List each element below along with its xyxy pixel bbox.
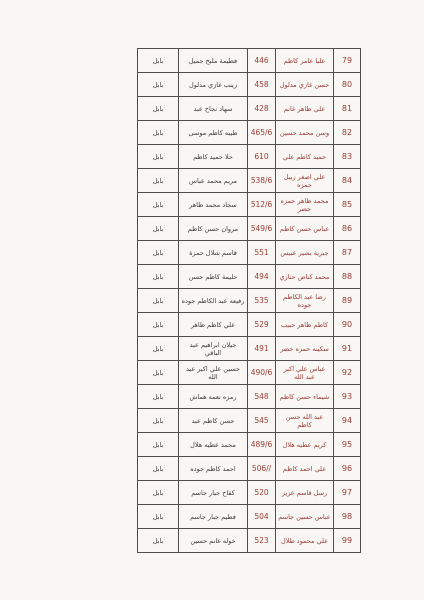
table-row: 84 علي اصغر زبيل حمزه 538/6 مريم محمد عب… — [138, 169, 361, 193]
table-row: 88 محمد كناص حنازي 494 حليمة كاظم حسن با… — [138, 265, 361, 289]
red-name-cell: علي اصغر زبيل حمزه — [276, 169, 334, 193]
red-name-cell: عباس حسن كاظم — [276, 217, 334, 241]
serial-number-cell: 529 — [248, 313, 276, 337]
serial-number-cell: 548 — [248, 385, 276, 409]
serial-number-cell: 610 — [248, 145, 276, 169]
province-cell: بابل — [138, 241, 179, 265]
red-name-cell: عبد الله حسن كاظم — [276, 409, 334, 433]
table-row: 92 عباس علي اكبر عبد الله 490/6 حسين علي… — [138, 361, 361, 385]
black-name-cell: احمد كاظم جوده — [179, 457, 248, 481]
black-name-cell: مروان حسن كاظم — [179, 217, 248, 241]
table-row: 97 رسل قاسم عزيز 520 كفاح جبار جاسم بابل — [138, 481, 361, 505]
row-number-cell: 90 — [334, 313, 361, 337]
province-cell: بابل — [138, 385, 179, 409]
black-name-cell: طيبه كاظم موسى — [179, 121, 248, 145]
black-name-cell: حلا حميد كاظم — [179, 145, 248, 169]
red-name-cell: محمد ظاهر حمزه خضر — [276, 193, 334, 217]
serial-number-cell: 506// — [248, 457, 276, 481]
black-name-cell: زينب غازي مدلول — [179, 73, 248, 97]
black-name-cell: جيلان ابراهيم عبد الباقي — [179, 337, 248, 361]
province-cell: بابل — [138, 409, 179, 433]
serial-number-cell: 520 — [248, 481, 276, 505]
province-cell: بابل — [138, 73, 179, 97]
province-cell: بابل — [138, 457, 179, 481]
province-cell: بابل — [138, 289, 179, 313]
row-number-cell: 94 — [334, 409, 361, 433]
black-name-cell: فطيم جبار جاسم — [179, 505, 248, 529]
serial-number-cell: 523 — [248, 529, 276, 553]
table-row: 82 وسن محمد حسين 465/6 طيبه كاظم موسى با… — [138, 121, 361, 145]
serial-number-cell: 428 — [248, 97, 276, 121]
table-row: 99 علي محمود طلال 523 خوله غانم حسين باب… — [138, 529, 361, 553]
serial-number-cell: 549/6 — [248, 217, 276, 241]
roster-table-body: 79 عليا عامر كاظم 446 فطيمة ملبح جميل با… — [138, 49, 361, 553]
black-name-cell: حسن كاظم عبد — [179, 409, 248, 433]
row-number-cell: 83 — [334, 145, 361, 169]
red-name-cell: وسن محمد حسين — [276, 121, 334, 145]
table-row: 95 كريم عطيه هلال 489/6 محمد عطيه هلال ب… — [138, 433, 361, 457]
table-row: 90 كاظم ظاهر حبيب 529 علي كاظم ظاهر بابل — [138, 313, 361, 337]
table-row: 96 علي احمد كاظم 506// احمد كاظم جوده با… — [138, 457, 361, 481]
table-row: 91 سكينه حمزه خضر 491 جيلان ابراهيم عبد … — [138, 337, 361, 361]
red-name-cell: كاظم ظاهر حبيب — [276, 313, 334, 337]
province-cell: بابل — [138, 193, 179, 217]
black-name-cell: فطيمة ملبح جميل — [179, 49, 248, 73]
province-cell: بابل — [138, 337, 179, 361]
red-name-cell: جبرية بشير عبيس — [276, 241, 334, 265]
serial-number-cell: 538/6 — [248, 169, 276, 193]
serial-number-cell: 489/6 — [248, 433, 276, 457]
serial-number-cell: 551 — [248, 241, 276, 265]
table-row: 87 جبرية بشير عبيس 551 قاسم شلال حمزة با… — [138, 241, 361, 265]
black-name-cell: قاسم شلال حمزة — [179, 241, 248, 265]
scanned-document-page: 79 عليا عامر كاظم 446 فطيمة ملبح جميل با… — [0, 0, 424, 600]
table-row: 86 عباس حسن كاظم 549/6 مروان حسن كاظم با… — [138, 217, 361, 241]
row-number-cell: 88 — [334, 265, 361, 289]
red-name-cell: سكينه حمزه خضر — [276, 337, 334, 361]
serial-number-cell: 504 — [248, 505, 276, 529]
row-number-cell: 98 — [334, 505, 361, 529]
table-row: 83 حميد كاظم علي 610 حلا حميد كاظم بابل — [138, 145, 361, 169]
black-name-cell: مريم محمد عباس — [179, 169, 248, 193]
row-number-cell: 91 — [334, 337, 361, 361]
black-name-cell: رفيعه عبد الكاظم جوده — [179, 289, 248, 313]
row-number-cell: 95 — [334, 433, 361, 457]
black-name-cell: كفاح جبار جاسم — [179, 481, 248, 505]
red-name-cell: علي محمود طلال — [276, 529, 334, 553]
province-cell: بابل — [138, 529, 179, 553]
black-name-cell: رمزه نعمه هماش — [179, 385, 248, 409]
table-row: 85 محمد ظاهر حمزه خضر 512/6 سجاد محمد ظا… — [138, 193, 361, 217]
province-cell: بابل — [138, 169, 179, 193]
province-cell: بابل — [138, 361, 179, 385]
serial-number-cell: 465/6 — [248, 121, 276, 145]
province-cell: بابل — [138, 49, 179, 73]
province-cell: بابل — [138, 433, 179, 457]
table-row: 98 عباس حسين جاسم 504 فطيم جبار جاسم باب… — [138, 505, 361, 529]
red-name-cell: محمد كناص حنازي — [276, 265, 334, 289]
row-number-cell: 89 — [334, 289, 361, 313]
table-row: 89 رضا عبد الكاظم جوده 535 رفيعه عبد الك… — [138, 289, 361, 313]
red-name-cell: عليا عامر كاظم — [276, 49, 334, 73]
province-cell: بابل — [138, 145, 179, 169]
serial-number-cell: 446 — [248, 49, 276, 73]
table-row: 81 علي ظاهر غانم 428 سهاد نجاح عبد بابل — [138, 97, 361, 121]
province-cell: بابل — [138, 481, 179, 505]
province-cell: بابل — [138, 121, 179, 145]
results-roster-table: 79 عليا عامر كاظم 446 فطيمة ملبح جميل با… — [137, 48, 361, 553]
serial-number-cell: 535 — [248, 289, 276, 313]
red-name-cell: علي احمد كاظم — [276, 457, 334, 481]
black-name-cell: خوله غانم حسين — [179, 529, 248, 553]
red-name-cell: رسل قاسم عزيز — [276, 481, 334, 505]
row-number-cell: 81 — [334, 97, 361, 121]
serial-number-cell: 491 — [248, 337, 276, 361]
red-name-cell: علي ظاهر غانم — [276, 97, 334, 121]
red-name-cell: عباس علي اكبر عبد الله — [276, 361, 334, 385]
row-number-cell: 86 — [334, 217, 361, 241]
black-name-cell: علي كاظم ظاهر — [179, 313, 248, 337]
serial-number-cell: 458 — [248, 73, 276, 97]
row-number-cell: 84 — [334, 169, 361, 193]
row-number-cell: 80 — [334, 73, 361, 97]
table-row: 79 عليا عامر كاظم 446 فطيمة ملبح جميل با… — [138, 49, 361, 73]
black-name-cell: سهاد نجاح عبد — [179, 97, 248, 121]
row-number-cell: 79 — [334, 49, 361, 73]
table-row: 93 شيماء حسن كاظم 548 رمزه نعمه هماش باب… — [138, 385, 361, 409]
province-cell: بابل — [138, 97, 179, 121]
row-number-cell: 96 — [334, 457, 361, 481]
table-row: 94 عبد الله حسن كاظم 545 حسن كاظم عبد با… — [138, 409, 361, 433]
row-number-cell: 87 — [334, 241, 361, 265]
row-number-cell: 93 — [334, 385, 361, 409]
row-number-cell: 97 — [334, 481, 361, 505]
province-cell: بابل — [138, 217, 179, 241]
row-number-cell: 92 — [334, 361, 361, 385]
serial-number-cell: 494 — [248, 265, 276, 289]
serial-number-cell: 545 — [248, 409, 276, 433]
red-name-cell: رضا عبد الكاظم جوده — [276, 289, 334, 313]
province-cell: بابل — [138, 313, 179, 337]
serial-number-cell: 512/6 — [248, 193, 276, 217]
row-number-cell: 85 — [334, 193, 361, 217]
black-name-cell: محمد عطيه هلال — [179, 433, 248, 457]
black-name-cell: سجاد محمد ظاهر — [179, 193, 248, 217]
red-name-cell: عباس حسين جاسم — [276, 505, 334, 529]
serial-number-cell: 490/6 — [248, 361, 276, 385]
red-name-cell: حميد كاظم علي — [276, 145, 334, 169]
black-name-cell: حليمة كاظم حسن — [179, 265, 248, 289]
province-cell: بابل — [138, 505, 179, 529]
table-row: 80 حسن غازي مدلول 458 زينب غازي مدلول با… — [138, 73, 361, 97]
red-name-cell: كريم عطيه هلال — [276, 433, 334, 457]
row-number-cell: 99 — [334, 529, 361, 553]
row-number-cell: 82 — [334, 121, 361, 145]
red-name-cell: شيماء حسن كاظم — [276, 385, 334, 409]
province-cell: بابل — [138, 265, 179, 289]
black-name-cell: حسين علي اكبر عبد الله — [179, 361, 248, 385]
red-name-cell: حسن غازي مدلول — [276, 73, 334, 97]
